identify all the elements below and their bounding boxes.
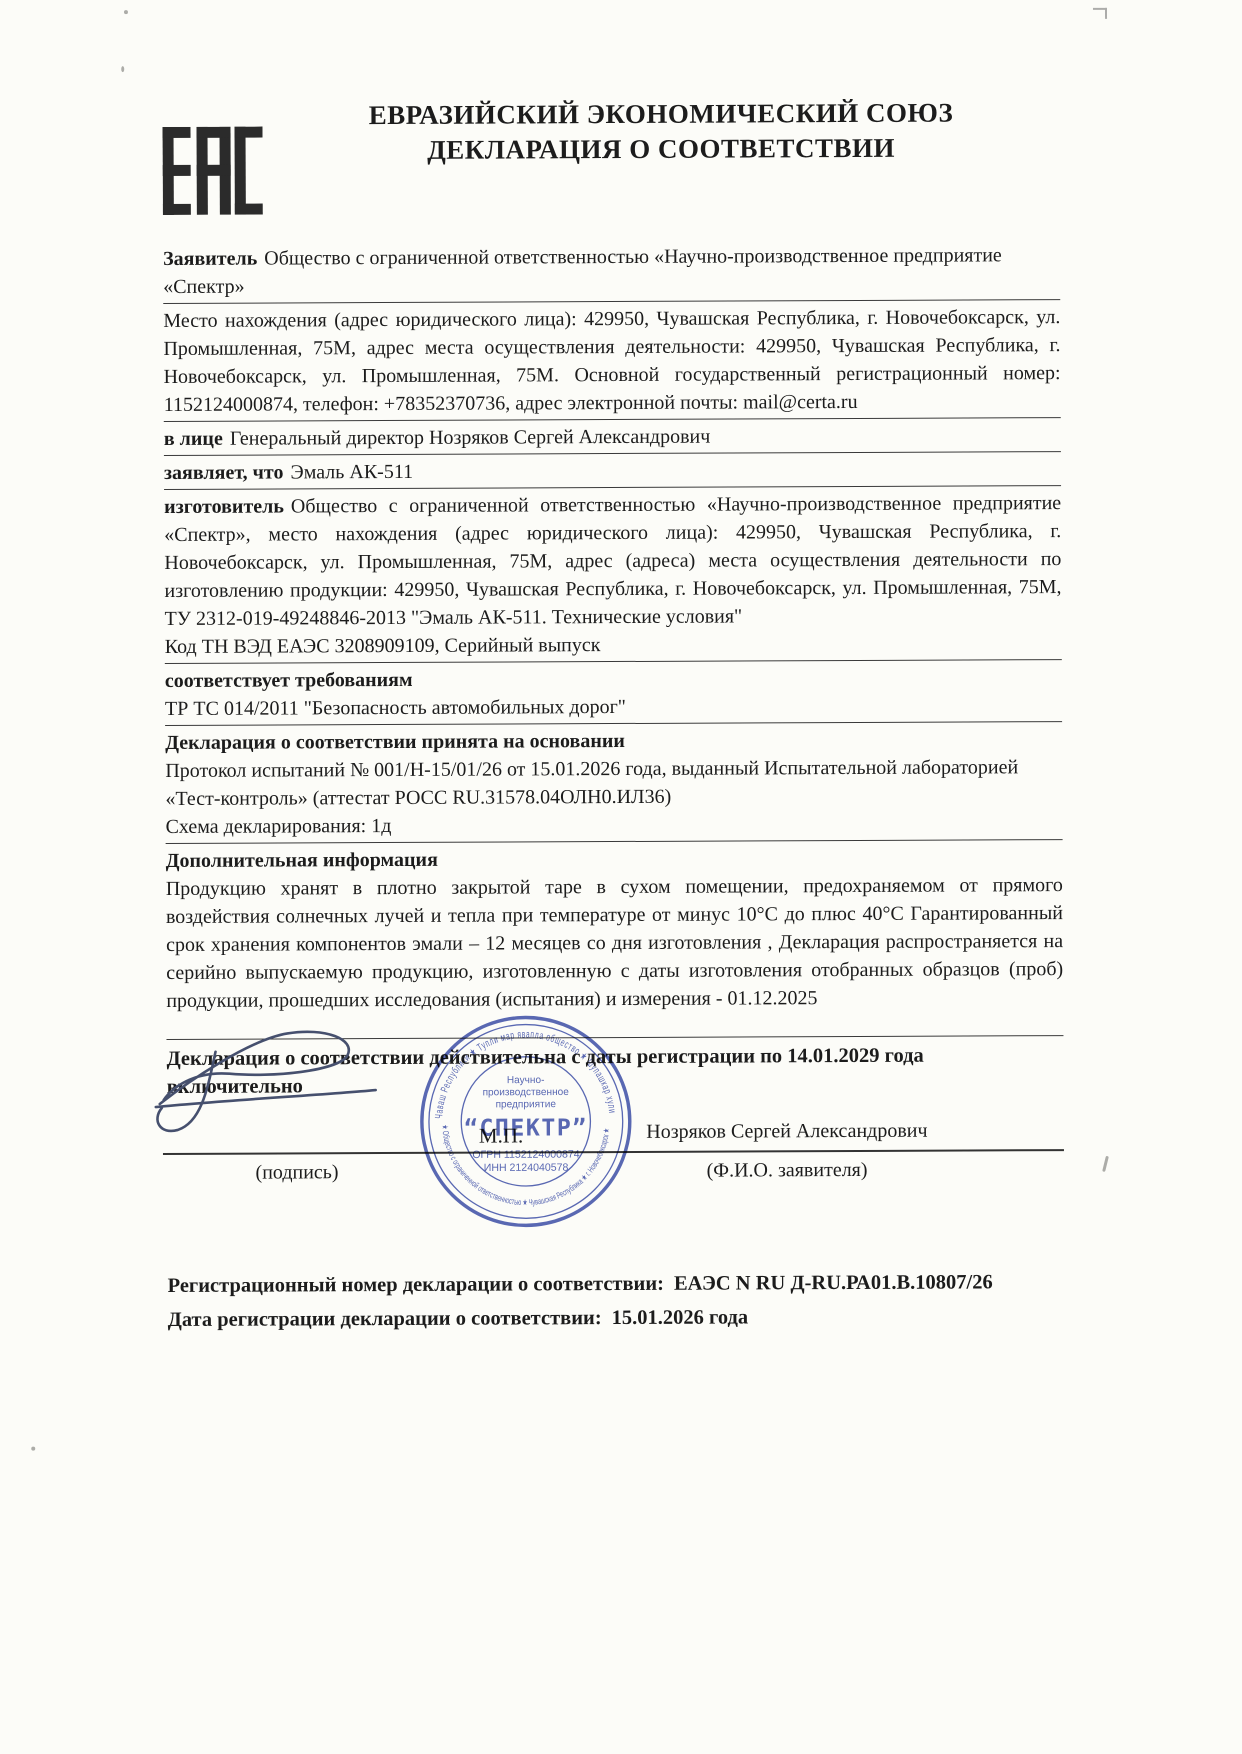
location-text: Место нахождения (адрес юридического лиц… [163,306,1060,416]
section-complies: соответствует требованиям ТР ТС 014/2011… [165,663,1062,726]
document-header: ЕВРАЗИЙСКИЙ ЭКОНОМИЧЕСКИЙ СОЮЗ ДЕКЛАРАЦИ… [162,93,1060,215]
declaration-document: ЕВРАЗИЙСКИЙ ЭКОНОМИЧЕСКИЙ СОЮЗ ДЕКЛАРАЦИ… [0,0,1242,1754]
fio-caption: (Ф.И.О. заявителя) [622,1156,952,1185]
manufacturer-text: Общество с ограниченной ответственностью… [164,492,1061,630]
company-stamp: Чаваш Республики ★ Тупли мар явапла обще… [414,1010,637,1233]
scan-artifact [31,1447,35,1451]
signature-caption: (подпись) [227,1158,367,1187]
in-person-label: в лице [164,428,223,450]
applicant-label: Заявитель [163,248,257,270]
title-line-2: ДЕКЛАРАЦИЯ О СООТВЕТСТВИИ [263,130,1060,168]
section-declares: заявляет, чтоЭмаль АК-511 [164,455,1061,490]
section-in-person: в лицеГенеральный директор Нозряков Серг… [164,421,1061,456]
scheme-text: Схема декларирования: 1д [165,809,1062,841]
scan-artifact [1102,1156,1109,1172]
title-line-1: ЕВРАЗИЙСКИЙ ЭКОНОМИЧЕСКИЙ СОЮЗ [262,95,1059,133]
registration-date-row: Дата регистрации декларации о соответств… [168,1299,1065,1337]
complies-text: ТР ТС 014/2011 "Безопасность автомобильн… [165,691,1062,723]
fio-name: Нозряков Сергей Александрович [622,1117,952,1146]
registration-block: Регистрационный номер декларации о соотв… [167,1265,1064,1337]
scan-artifact [121,66,124,72]
scanned-content: ЕВРАЗИЙСКИЙ ЭКОНОМИЧЕСКИЙ СОЮЗ ДЕКЛАРАЦИ… [0,0,1242,1754]
stamp-center-line2: производственное [483,1087,570,1098]
section-basis: Декларация о соответствии принята на осн… [165,725,1062,844]
stamp-inn: ИНН 2124040578 [484,1162,569,1174]
manufacturer-paragraph: изготовительОбщество с ограниченной отве… [164,489,1062,633]
basis-label: Декларация о соответствии принята на осн… [165,725,1062,757]
section-location: Место нахождения (адрес юридического лиц… [163,303,1060,422]
declares-text: Эмаль АК-511 [290,461,413,484]
stamp-company-name: “СПЕКТР” [464,1114,588,1142]
section-applicant: ЗаявительОбщество с ограниченной ответст… [163,241,1060,304]
registration-number-row: Регистрационный номер декларации о соотв… [167,1265,1064,1303]
section-manufacturer: изготовительОбщество с ограниченной отве… [164,489,1062,664]
stamp-center-line3: предприятие [496,1099,557,1110]
declares-label: заявляет, что [164,461,284,484]
complies-label: соответствует требованиям [165,663,1062,695]
scan-artifact [124,10,128,14]
in-person-text: Генеральный директор Нозряков Сергей Але… [230,426,711,450]
reg-date-label: Дата регистрации декларации о соответств… [168,1307,602,1331]
reg-date-value: 15.01.2026 года [612,1306,749,1329]
applicant-text: Общество с ограниченной ответственностью… [163,244,1002,298]
tn-ved-text: Код ТН ВЭД ЕАЭС 3208909109, Серийный вып… [165,629,1062,661]
document-title: ЕВРАЗИЙСКИЙ ЭКОНОМИЧЕСКИЙ СОЮЗ ДЕКЛАРАЦИ… [262,93,1060,214]
eac-logo-icon [162,127,262,215]
basis-text: Протокол испытаний № 001/Н-15/01/26 от 1… [165,753,1062,813]
additional-text: Продукцию хранят в плотно закрытой таре … [166,871,1064,1015]
stamp-ogrn: ОГРН 1152124000874 [472,1149,579,1161]
reg-number-value: ЕАЭС N RU Д-RU.РА01.В.10807/26 [674,1271,993,1294]
manufacturer-label: изготовитель [164,495,284,518]
additional-label: Дополнительная информация [166,843,1063,875]
reg-number-label: Регистрационный номер декларации о соотв… [167,1273,664,1297]
scan-artifact [1093,8,1107,19]
stamp-center-line1: Научно- [507,1075,545,1086]
